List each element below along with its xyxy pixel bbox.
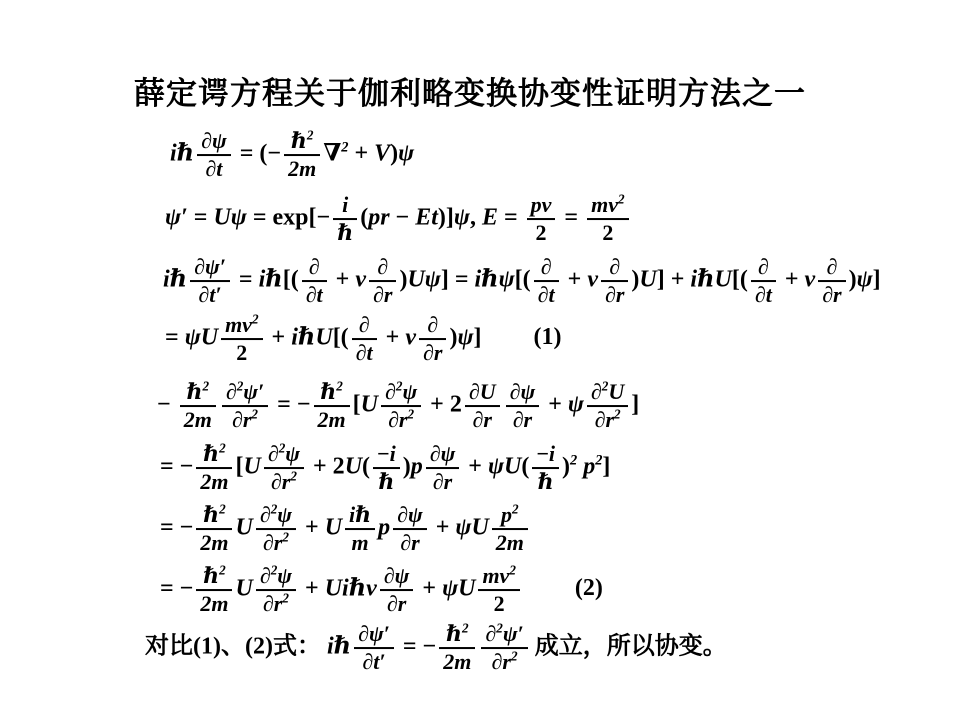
- fraction: mv22: [478, 563, 519, 617]
- fraction: ∂2ψ′∂r2: [481, 621, 527, 675]
- equation-space-derivative-expansion: − ℏ22m∂2ψ′∂r2 = −ℏ22m[U∂2ψ∂r2 + 2∂U∂r∂ψ∂…: [157, 379, 639, 433]
- fraction: ∂∂r: [818, 254, 845, 308]
- equation-number: (1): [533, 325, 561, 351]
- equation-result-1: = ψUmv22 + iℏU[(∂∂t + v∂∂r)ψ](1): [165, 312, 561, 366]
- fraction: ∂2ψ∂r2: [256, 502, 296, 556]
- fraction: ∂ψ∂r: [506, 379, 540, 433]
- equation-schrodinger: iℏ∂ψ∂t = (−ℏ22m∇2 + V)ψ: [170, 128, 414, 182]
- equation-simplified-terms: = −ℏ22mU∂2ψ∂r2 + Uiℏmp∂ψ∂r + ψUp22m: [160, 502, 531, 556]
- fraction: ℏ22m: [196, 502, 232, 556]
- fraction: ∂∂r: [419, 312, 446, 366]
- fraction: ∂∂r: [369, 254, 396, 308]
- conclusion-line: 对比(1)、(2)式：iℏ∂ψ′∂t′ = −ℏ22m∂2ψ′∂r2成立，所以协…: [145, 621, 727, 675]
- fraction: mv22: [587, 192, 628, 246]
- fraction: p22m: [492, 502, 528, 556]
- fraction: ∂ψ∂r: [380, 563, 414, 617]
- fraction: ℏ22m: [180, 379, 216, 433]
- fraction: ∂∂t: [751, 254, 776, 308]
- slide-title: 薛定谔方程关于伽利略变换协变性证明方法之一: [134, 68, 806, 113]
- fraction: ℏ22m: [196, 563, 232, 617]
- fraction: pv2: [527, 192, 556, 246]
- equation-result-2: = −ℏ22mU∂2ψ∂r2 + Uiℏv∂ψ∂r + ψUmv22(2): [160, 563, 603, 617]
- fraction: ∂ψ′∂t′: [190, 254, 230, 308]
- fraction: ∂2ψ∂r2: [381, 379, 421, 433]
- equation-momentum-substitution: = −ℏ22m[U∂2ψ∂r2 + 2U(−iℏ)p∂ψ∂r + ψU(−iℏ)…: [160, 441, 610, 495]
- fraction: iℏ: [333, 192, 357, 246]
- fraction: ℏ22m: [439, 621, 475, 675]
- fraction: −iℏ: [532, 441, 559, 495]
- fraction: ∂2ψ∂r2: [264, 441, 304, 495]
- fraction: ∂∂r: [601, 254, 628, 308]
- fraction: ∂ψ′∂t′: [354, 621, 394, 675]
- equation-time-derivative-expansion: iℏ∂ψ′∂t′ = iℏ[(∂∂t + v∂∂r)Uψ] = iℏψ[(∂∂t…: [163, 254, 881, 308]
- fraction: ∂ψ∂r: [393, 502, 427, 556]
- equation-galilean-transform: ψ′ = Uψ = exp[−iℏ(pr − Et)]ψ, E = pv2 = …: [165, 192, 632, 246]
- fraction: ∂ψ∂r: [426, 441, 460, 495]
- fraction: ∂2ψ∂r2: [256, 563, 296, 617]
- fraction: ∂2ψ′∂r2: [222, 379, 268, 433]
- slide: 薛定谔方程关于伽利略变换协变性证明方法之一 iℏ∂ψ∂t = (−ℏ22m∇2 …: [0, 0, 960, 720]
- fraction: ℏ22m: [314, 379, 350, 433]
- fraction: −iℏ: [373, 441, 400, 495]
- fraction: ∂∂t: [352, 312, 377, 366]
- fraction: ∂∂t: [534, 254, 559, 308]
- fraction: ℏ22m: [284, 128, 320, 182]
- fraction: ∂∂t: [302, 254, 327, 308]
- equation-number: (2): [575, 576, 603, 602]
- fraction: ∂2U∂r2: [587, 379, 628, 433]
- fraction: ∂ψ∂t: [197, 128, 231, 182]
- fraction: ∂U∂r: [465, 379, 500, 433]
- fraction: iℏm: [345, 502, 375, 556]
- fraction: mv22: [221, 312, 262, 366]
- fraction: ℏ22m: [196, 441, 232, 495]
